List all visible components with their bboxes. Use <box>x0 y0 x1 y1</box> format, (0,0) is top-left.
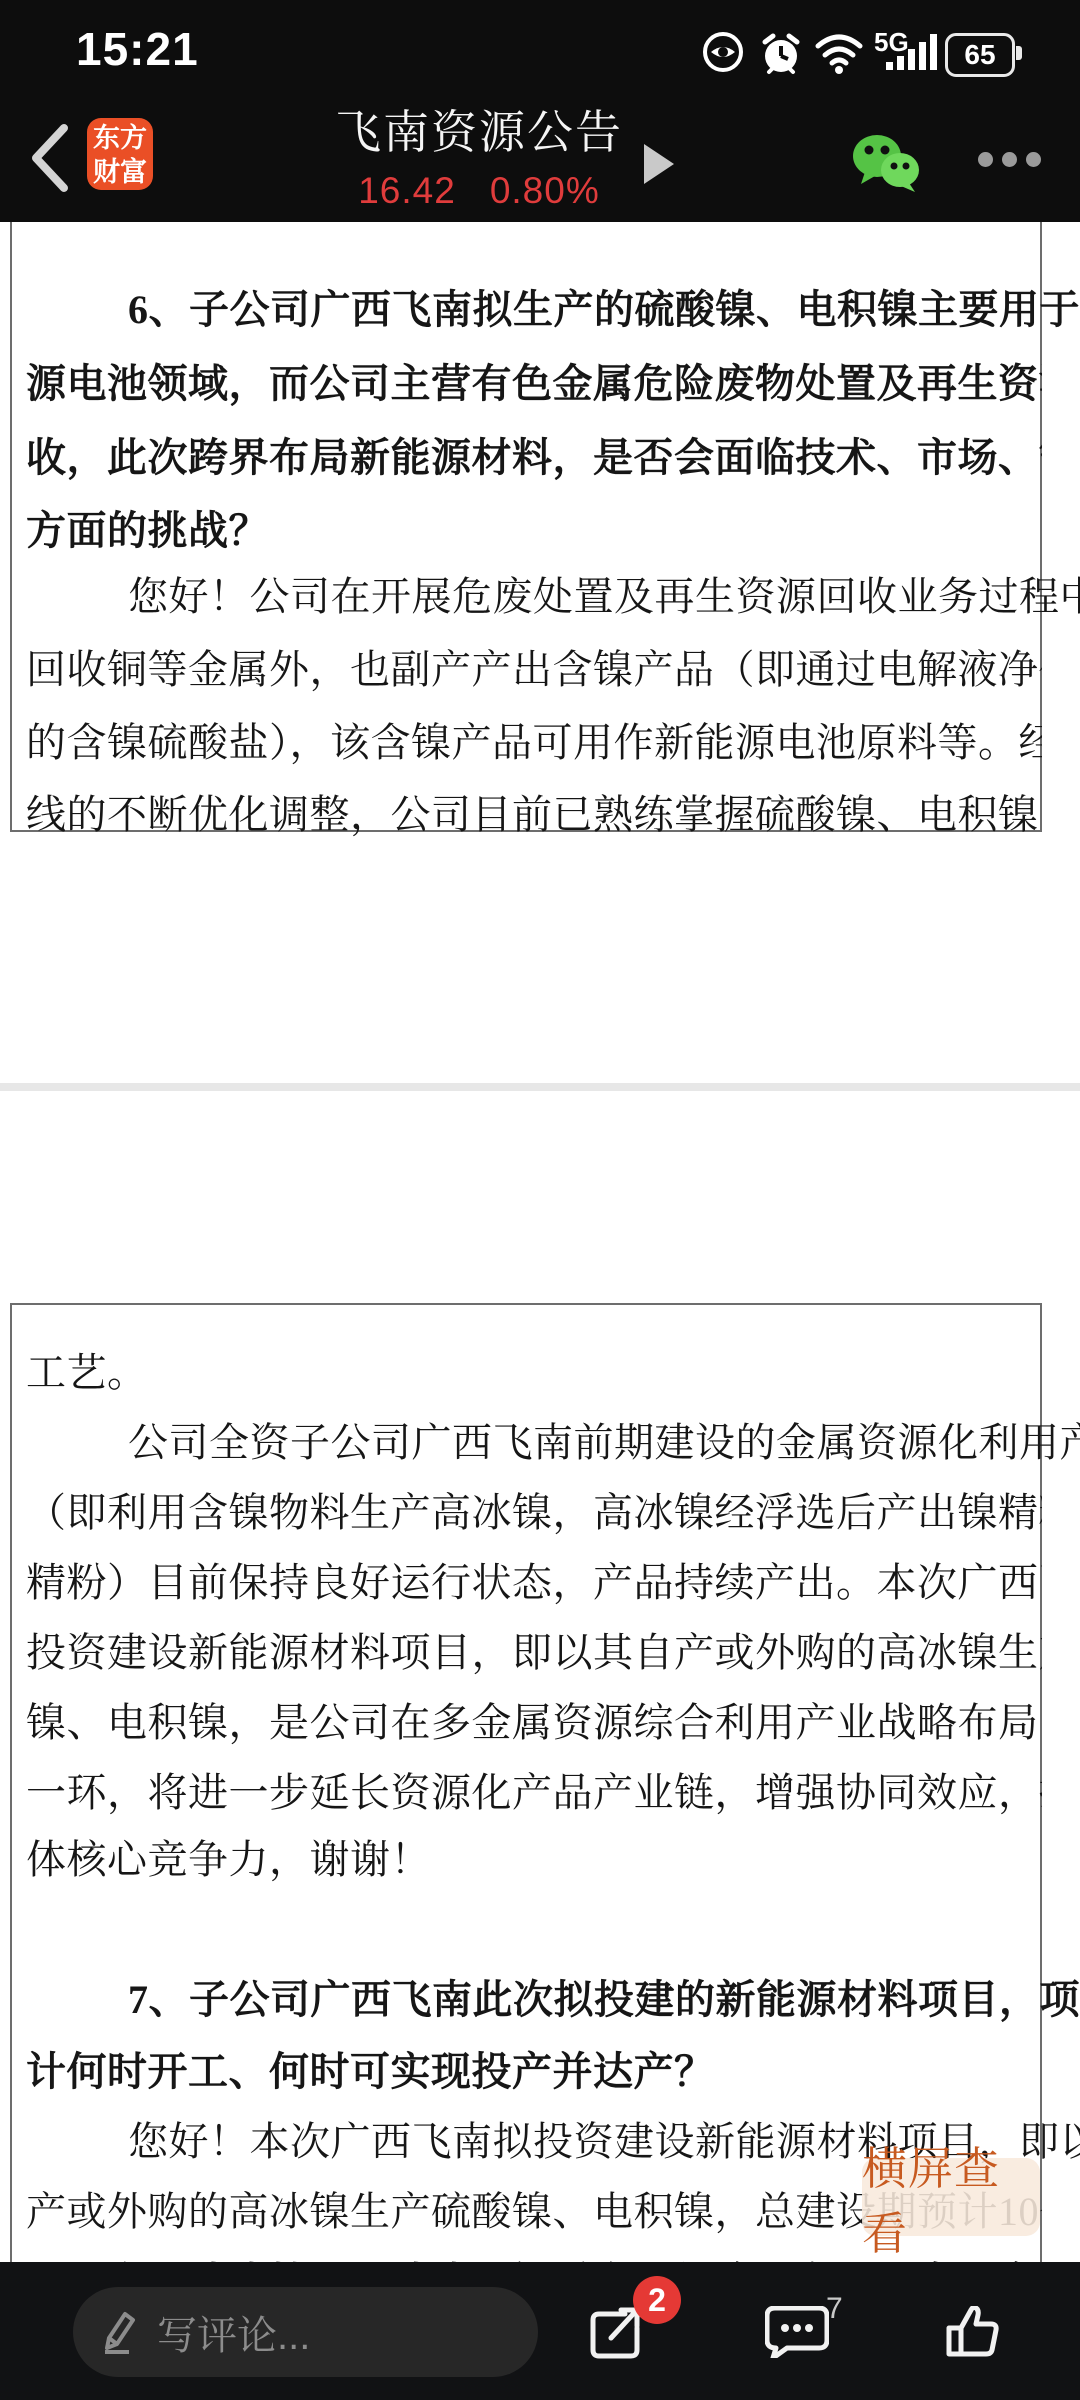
comments-button[interactable] <box>765 2306 829 2358</box>
document-text-line: 工艺。 <box>26 1341 1042 1398</box>
document-text-line: 方面的挑战？ <box>26 499 1042 556</box>
share-badge: 2 <box>633 2276 681 2324</box>
document-text-line: 镍、电积镍，是公司在多金属资源综合利用产业战略布局的重要 <box>26 1691 1042 1748</box>
top-bar: 15:21 5G 65 东方 财富 飞南资源公告 16 <box>0 0 1080 222</box>
header-title-block: 飞南资源公告 16.420.80% <box>256 96 702 212</box>
share-button[interactable] <box>587 2306 645 2362</box>
comment-count: 7 <box>826 2292 843 2326</box>
document-text-line: 线的不断优化调整，公司目前已熟练掌握硫酸镍、电积镍的生产 <box>26 783 1042 840</box>
dot <box>1002 152 1017 167</box>
alarm-clock-icon <box>757 30 805 78</box>
stock-quote: 16.420.80% <box>256 170 702 212</box>
page-title: 飞南资源公告 <box>256 96 702 162</box>
comment-placeholder: 写评论... <box>157 2304 310 2361</box>
battery-nub <box>1016 46 1022 60</box>
back-button[interactable] <box>24 120 80 196</box>
logo-line-1: 东方 <box>87 121 153 155</box>
document-text-line: 公司全资子公司广西飞南前期建设的金属资源化利用产线 <box>128 1411 1080 1468</box>
clock-time: 15:21 <box>76 22 199 76</box>
bottom-toolbar: 写评论... 2 7 <box>0 2262 1080 2400</box>
landscape-view-label: 横屏查看 <box>862 2132 1040 2262</box>
dot <box>978 152 993 167</box>
document-text-line: 投资建设新能源材料项目，即以其自产或外购的高冰镍生产硫酸 <box>26 1621 1042 1678</box>
eye-protection-icon <box>701 30 745 74</box>
stock-change-percent: 0.80% <box>490 170 600 211</box>
document-text-line: 7、子公司广西飞南此次拟投建的新能源材料项目，项目预 <box>128 1968 1080 2025</box>
more-options-button[interactable] <box>978 152 1041 167</box>
document-text-line: 的含镍硫酸盐），该含镍产品可用作新能源电池原料等。经过产 <box>26 711 1042 768</box>
landscape-view-button[interactable]: 横屏查看 <box>862 2158 1040 2236</box>
dot <box>1026 152 1041 167</box>
document-text-line: （即利用含镍物料生产高冰镍，高冰镍经浮选后产出镍精粉、铜 <box>26 1481 1042 1538</box>
like-button[interactable] <box>945 2306 999 2358</box>
document-text-line: 一环，将进一步延长资源化产品产业链，增强协同效应，提升整 <box>26 1761 1042 1818</box>
document-text-line: 您好！公司在开展危废处置及再生资源回收业务过程中，除 <box>128 565 1080 622</box>
pencil-icon <box>99 2310 139 2354</box>
page-separator <box>0 1083 1080 1091</box>
signal-strength-icon <box>886 34 938 70</box>
wifi-icon <box>814 30 864 76</box>
document-text-line: 回收铜等金属外，也副产产出含镍产品（即通过电解液净化产出 <box>26 638 1042 695</box>
document-text-line: 计何时开工、何时可实现投产并达产？ <box>26 2040 1042 2097</box>
wechat-share-icon[interactable] <box>851 134 921 192</box>
eastmoney-logo[interactable]: 东方 财富 <box>87 118 153 190</box>
document-text-line: 6、子公司广西飞南拟生产的硫酸镍、电积镍主要用于新能 <box>128 278 1080 335</box>
play-button[interactable] <box>644 144 674 184</box>
battery-icon: 65 <box>945 33 1015 77</box>
stock-price: 16.42 <box>358 170 456 211</box>
document-text-line: 体核心竞争力，谢谢！ <box>26 1828 1042 1885</box>
document-text-line: 精粉）目前保持良好运行状态，产品持续产出。本次广西飞南拟 <box>26 1551 1042 1608</box>
announcement-document[interactable]: 6、子公司广西飞南拟生产的硫酸镍、电积镍主要用于新能源电池领域，而公司主营有色金… <box>0 0 1080 2400</box>
document-text-line: 收，此次跨界布局新能源材料，是否会面临技术、市场、管理等 <box>26 426 1042 483</box>
document-text-line: 源电池领域，而公司主营有色金属危险废物处置及再生资源回 <box>26 352 1042 409</box>
comment-input[interactable]: 写评论... <box>73 2287 538 2377</box>
logo-line-2: 财富 <box>87 155 153 189</box>
